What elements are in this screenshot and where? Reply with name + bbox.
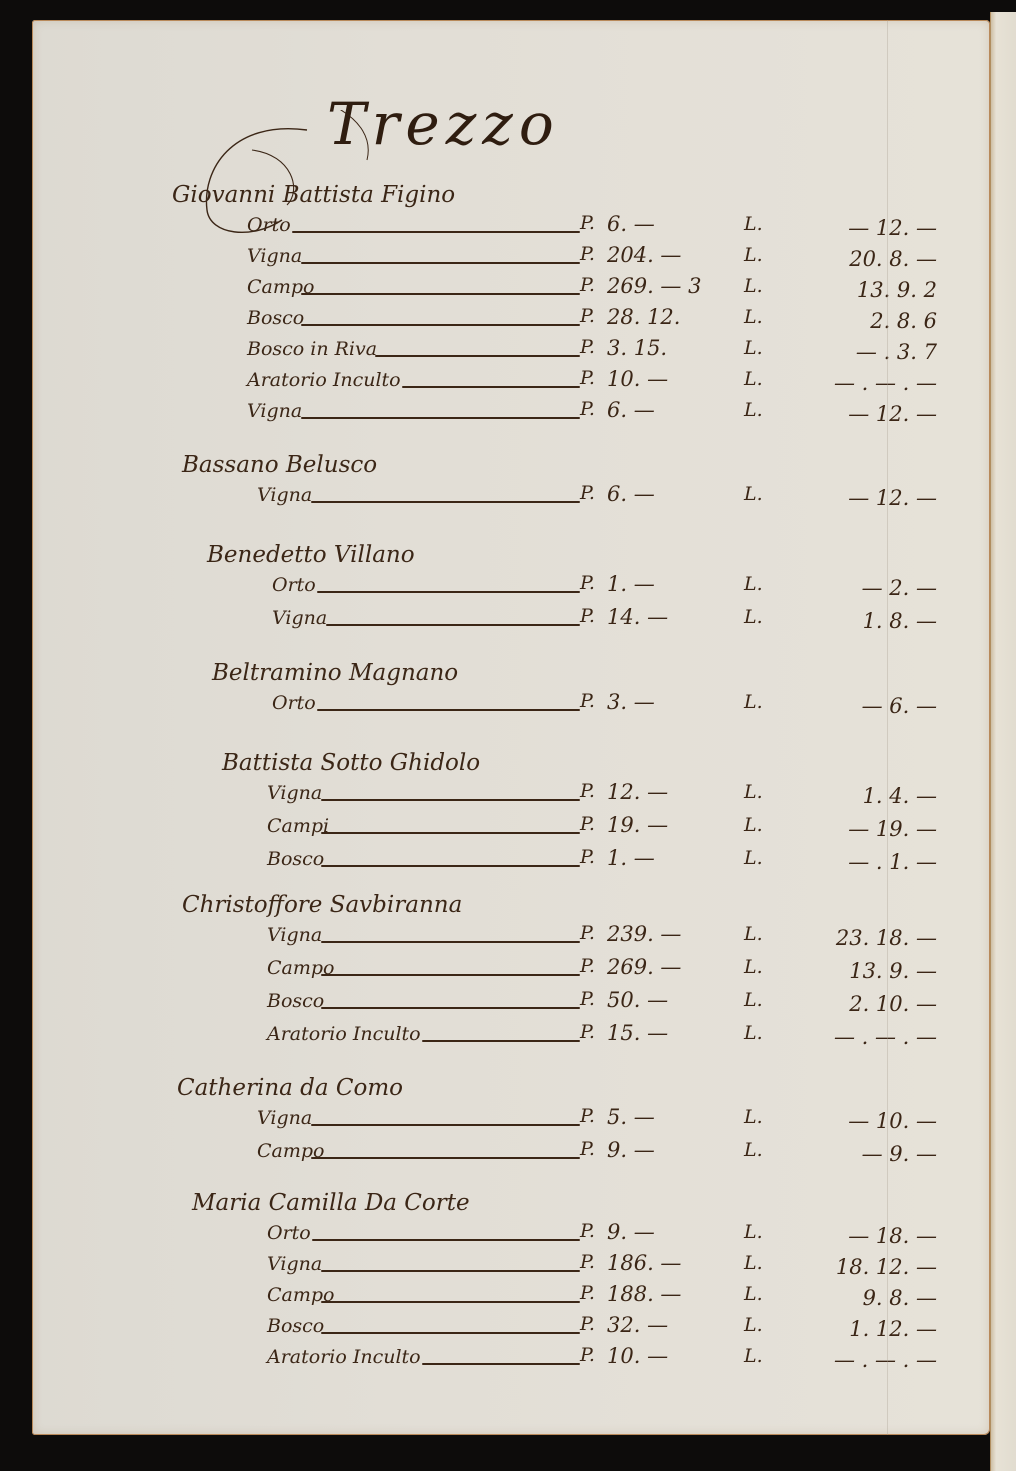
owner-name: Battista Sotto Ghidolo (222, 750, 480, 776)
property-type-label: Bosco (267, 848, 324, 870)
estimate-unit-mark: L. (744, 814, 763, 836)
property-type-label: Vigna (247, 400, 302, 422)
leader-line (321, 941, 580, 943)
property-type-label: Orto (272, 692, 316, 714)
estimate-value: — 19. — (772, 817, 937, 841)
measure-value: 19. — (607, 813, 727, 837)
estimate-value: — . — . — (772, 1348, 937, 1372)
estimate-unit-mark: L. (744, 1221, 763, 1243)
measure-value: 15. — (607, 1021, 727, 1045)
estimate-unit-mark: L. (744, 368, 763, 390)
leader-line (321, 865, 580, 867)
measure-value: 186. — (607, 1251, 727, 1275)
estimate-value: — . — . — (772, 371, 937, 395)
owner-name: Beltramino Magnano (212, 660, 458, 686)
measure-unit-mark: P. (580, 1138, 595, 1160)
leader-line (422, 1363, 580, 1365)
property-type-label: Campi (267, 815, 329, 837)
facing-page-edge (990, 12, 1016, 1471)
estimate-unit-mark: L. (744, 244, 763, 266)
estimate-unit-mark: L. (744, 483, 763, 505)
leader-line (321, 799, 580, 801)
estimate-value: — 12. — (772, 402, 937, 426)
estimate-unit-mark: L. (744, 1314, 763, 1336)
property-type-label: Vigna (257, 484, 312, 506)
measure-value: 9. — (607, 1220, 727, 1244)
measure-value: 3. 15. (607, 336, 727, 360)
estimate-value: 1. 12. — (772, 1317, 937, 1341)
measure-value: 188. — (607, 1282, 727, 1306)
leader-line (317, 709, 580, 711)
leader-line (321, 974, 580, 976)
estimate-unit-mark: L. (744, 306, 763, 328)
estimate-unit-mark: L. (744, 1106, 763, 1128)
estimate-value: 20. 8. — (772, 247, 937, 271)
measure-value: 28. 12. (607, 305, 727, 329)
measure-unit-mark: P. (580, 1251, 595, 1273)
property-type-label: Aratorio Inculto (267, 1346, 421, 1368)
measure-value: 12. — (607, 780, 727, 804)
measure-unit-mark: P. (580, 1313, 595, 1335)
estimate-value: 13. 9. 2 (772, 278, 937, 302)
measure-unit-mark: P. (580, 274, 595, 296)
leader-line (312, 1239, 580, 1241)
measure-unit-mark: P. (580, 482, 595, 504)
measure-unit-mark: P. (580, 212, 595, 234)
leader-line (321, 1301, 580, 1303)
leader-line (301, 293, 580, 295)
measure-unit-mark: P. (580, 846, 595, 868)
owner-name: Giovanni Battista Figino (172, 182, 455, 208)
measure-value: 1. — (607, 846, 727, 870)
estimate-value: — 12. — (772, 486, 937, 510)
estimate-value: — 6. — (772, 694, 937, 718)
estimate-unit-mark: L. (744, 399, 763, 421)
measure-value: 6. — (607, 212, 727, 236)
property-type-label: Bosco (267, 990, 324, 1012)
estimate-unit-mark: L. (744, 213, 763, 235)
property-type-label: Aratorio Inculto (247, 369, 401, 391)
leader-line (402, 386, 580, 388)
leader-line (375, 355, 580, 357)
estimate-unit-mark: L. (744, 989, 763, 1011)
estimate-unit-mark: L. (744, 781, 763, 803)
owner-name: Maria Camilla Da Corte (192, 1190, 470, 1216)
measure-unit-mark: P. (580, 922, 595, 944)
property-type-label: Bosco (247, 307, 304, 329)
leader-line (311, 1124, 580, 1126)
measure-value: 1. — (607, 572, 727, 596)
leader-line (321, 1332, 580, 1334)
estimate-unit-mark: L. (744, 1252, 763, 1274)
estimate-value: 1. 4. — (772, 784, 937, 808)
measure-unit-mark: P. (580, 1344, 595, 1366)
owner-name: Bassano Belusco (182, 452, 377, 478)
property-type-label: Bosco in Riva (247, 338, 377, 360)
leader-line (321, 1007, 580, 1009)
property-type-label: Orto (247, 214, 291, 236)
estimate-unit-mark: L. (744, 606, 763, 628)
measure-unit-mark: P. (580, 1220, 595, 1242)
measure-unit-mark: P. (580, 1105, 595, 1127)
estimate-unit-mark: L. (744, 691, 763, 713)
measure-value: 10. — (607, 1344, 727, 1368)
property-type-label: Vigna (257, 1107, 312, 1129)
estimate-unit-mark: L. (744, 1139, 763, 1161)
leader-line (301, 262, 580, 264)
measure-unit-mark: P. (580, 813, 595, 835)
property-type-label: Vigna (267, 782, 322, 804)
measure-value: 14. — (607, 605, 727, 629)
estimate-unit-mark: L. (744, 847, 763, 869)
measure-value: 50. — (607, 988, 727, 1012)
measure-value: 10. — (607, 367, 727, 391)
leader-line (326, 624, 580, 626)
estimate-value: — . 3. 7 (772, 340, 937, 364)
measure-unit-mark: P. (580, 605, 595, 627)
measure-value: 3. — (607, 690, 727, 714)
measure-unit-mark: P. (580, 243, 595, 265)
estimate-value: — . 1. — (772, 850, 937, 874)
estimate-value: 23. 18. — (772, 926, 937, 950)
property-type-label: Vigna (267, 924, 322, 946)
owner-name: Christoffore Savbiranna (182, 892, 462, 918)
estimate-value: — . — . — (772, 1025, 937, 1049)
leader-line (321, 832, 580, 834)
leader-line (311, 1157, 580, 1159)
estimate-unit-mark: L. (744, 337, 763, 359)
leader-line (301, 417, 580, 419)
estimate-value: — 10. — (772, 1109, 937, 1133)
measure-unit-mark: P. (580, 690, 595, 712)
property-type-label: Vigna (247, 245, 302, 267)
estimate-value: 2. 10. — (772, 992, 937, 1016)
measure-value: 6. — (607, 398, 727, 422)
measure-unit-mark: P. (580, 1021, 595, 1043)
estimate-unit-mark: L. (744, 1283, 763, 1305)
leader-line (311, 501, 580, 503)
measure-value: 204. — (607, 243, 727, 267)
owner-name: Catherina da Como (177, 1075, 403, 1101)
property-type-label: Vigna (267, 1253, 322, 1275)
estimate-unit-mark: L. (744, 573, 763, 595)
manuscript-page: Trezzo Giovanni Battista FiginoOrtoP.6. … (32, 20, 990, 1435)
estimate-value: 13. 9. — (772, 959, 937, 983)
estimate-value: — 12. — (772, 216, 937, 240)
measure-value: 269. — (607, 955, 727, 979)
measure-unit-mark: P. (580, 572, 595, 594)
estimate-unit-mark: L. (744, 1022, 763, 1044)
property-type-label: Orto (267, 1222, 311, 1244)
estimate-unit-mark: L. (744, 1345, 763, 1367)
measure-unit-mark: P. (580, 988, 595, 1010)
estimate-value: 9. 8. — (772, 1286, 937, 1310)
property-type-label: Vigna (272, 607, 327, 629)
property-type-label: Orto (272, 574, 316, 596)
leader-line (292, 231, 580, 233)
measure-value: 6. — (607, 482, 727, 506)
leader-line (317, 591, 580, 593)
leader-line (422, 1040, 580, 1042)
measure-value: 269. — 3 (607, 274, 727, 298)
measure-value: 32. — (607, 1313, 727, 1337)
measure-unit-mark: P. (580, 780, 595, 802)
measure-unit-mark: P. (580, 305, 595, 327)
measure-unit-mark: P. (580, 955, 595, 977)
property-type-label: Bosco (267, 1315, 324, 1337)
estimate-value: 2. 8. 6 (772, 309, 937, 333)
measure-value: 239. — (607, 922, 727, 946)
measure-value: 9. — (607, 1138, 727, 1162)
owner-name: Benedetto Villano (207, 542, 415, 568)
measure-unit-mark: P. (580, 398, 595, 420)
estimate-value: — 2. — (772, 576, 937, 600)
measure-value: 5. — (607, 1105, 727, 1129)
page-title: Trezzo (327, 90, 560, 158)
property-type-label: Aratorio Inculto (267, 1023, 421, 1045)
measure-unit-mark: P. (580, 1282, 595, 1304)
measure-unit-mark: P. (580, 367, 595, 389)
leader-line (301, 324, 580, 326)
leader-line (321, 1270, 580, 1272)
estimate-value: 18. 12. — (772, 1255, 937, 1279)
estimate-value: — 18. — (772, 1224, 937, 1248)
estimate-unit-mark: L. (744, 956, 763, 978)
measure-unit-mark: P. (580, 336, 595, 358)
estimate-unit-mark: L. (744, 275, 763, 297)
estimate-value: 1. 8. — (772, 609, 937, 633)
estimate-unit-mark: L. (744, 923, 763, 945)
manuscript-scan: Trezzo Giovanni Battista FiginoOrtoP.6. … (0, 0, 1016, 1471)
estimate-value: — 9. — (772, 1142, 937, 1166)
